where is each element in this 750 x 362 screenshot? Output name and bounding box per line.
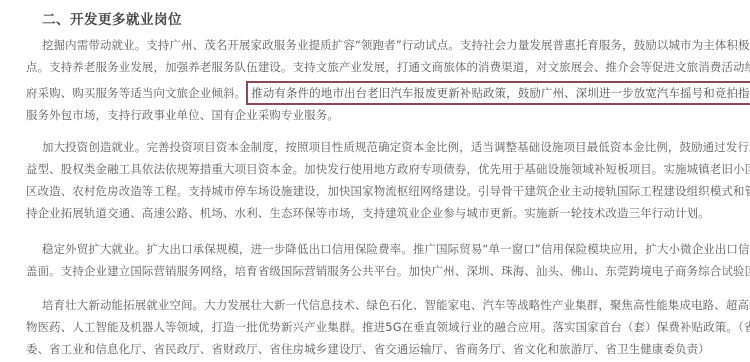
section-heading: 二、开发更多就业岗位	[42, 8, 182, 28]
document-page: 二、开发更多就业岗位 挖掘内需带动就业。支持广州、茂名开展家政服务业提质扩容“领…	[0, 0, 750, 362]
paragraph-line: 培育壮大新动能拓展就业空间。大力发展壮大新一代信息技术、绿色石化、智能家电、汽车…	[42, 297, 750, 313]
paragraph-line: 盖面。支持企业建立国际营销服务网络，培育省级国际营销服务公共平台。加快广州、深圳…	[26, 263, 750, 279]
paragraph-line: 益型、股权类金融工具依法依规筹措重大项目资本金。加快发行使用地方政府专项债券，优…	[26, 161, 750, 177]
paragraph-line: 委、省工业和信息化厅、省民政厅、省财政厅、省住房城乡建设厅、省交通运输厅、省商务…	[26, 341, 710, 357]
paragraph-line: 持企业拓展轨道交通、高速公路、机场、水利、生态环保等市场，支持建筑业企业参与城市…	[26, 205, 710, 221]
paragraph-line: 加大投资创造就业。完善投资项目资本金制度，按照项目性质规范确定资本金比例，适当调…	[42, 139, 750, 155]
paragraph-line: 稳定外贸扩大就业。扩大出口承保规模，进一步降低出口信用保险费率。推广国际贸易“单…	[42, 241, 750, 257]
paragraph-line: 区改造、农村危房改造等工程。支持城市停车场设施建设，加快国家物流枢纽网络建设。引…	[26, 183, 750, 199]
paragraph-line-with-highlight: 府采购、购买服务等适当向文旅企业倾斜。推动有条件的地市出台老旧汽车报废更新补贴政…	[26, 85, 750, 101]
highlighted-text-box: 推动有条件的地市出台老旧汽车报废更新补贴政策，鼓励广州、深圳进一步放宽汽车摇号和…	[246, 81, 750, 105]
paragraph-line: 点。支持养老服务业发展，加强养老服务队伍建设。支持文旅产业发展，打通文商旅体的消…	[26, 59, 750, 75]
text-before-highlight: 府采购、购买服务等适当向文旅企业倾斜。	[26, 86, 246, 100]
paragraph-line: 挖掘内需带动就业。支持广州、茂名开展家政服务业提质扩容“领跑者”行动试点。支持社…	[42, 37, 750, 53]
paragraph-line: 服务外包市场，支持行政事业单位、国有企业采购专业服务。	[26, 107, 339, 123]
paragraph-line: 物医药、人工智能及机器人等领域，打造一批优势新兴产业集群。推进5G在垂直领域行业…	[26, 319, 750, 335]
